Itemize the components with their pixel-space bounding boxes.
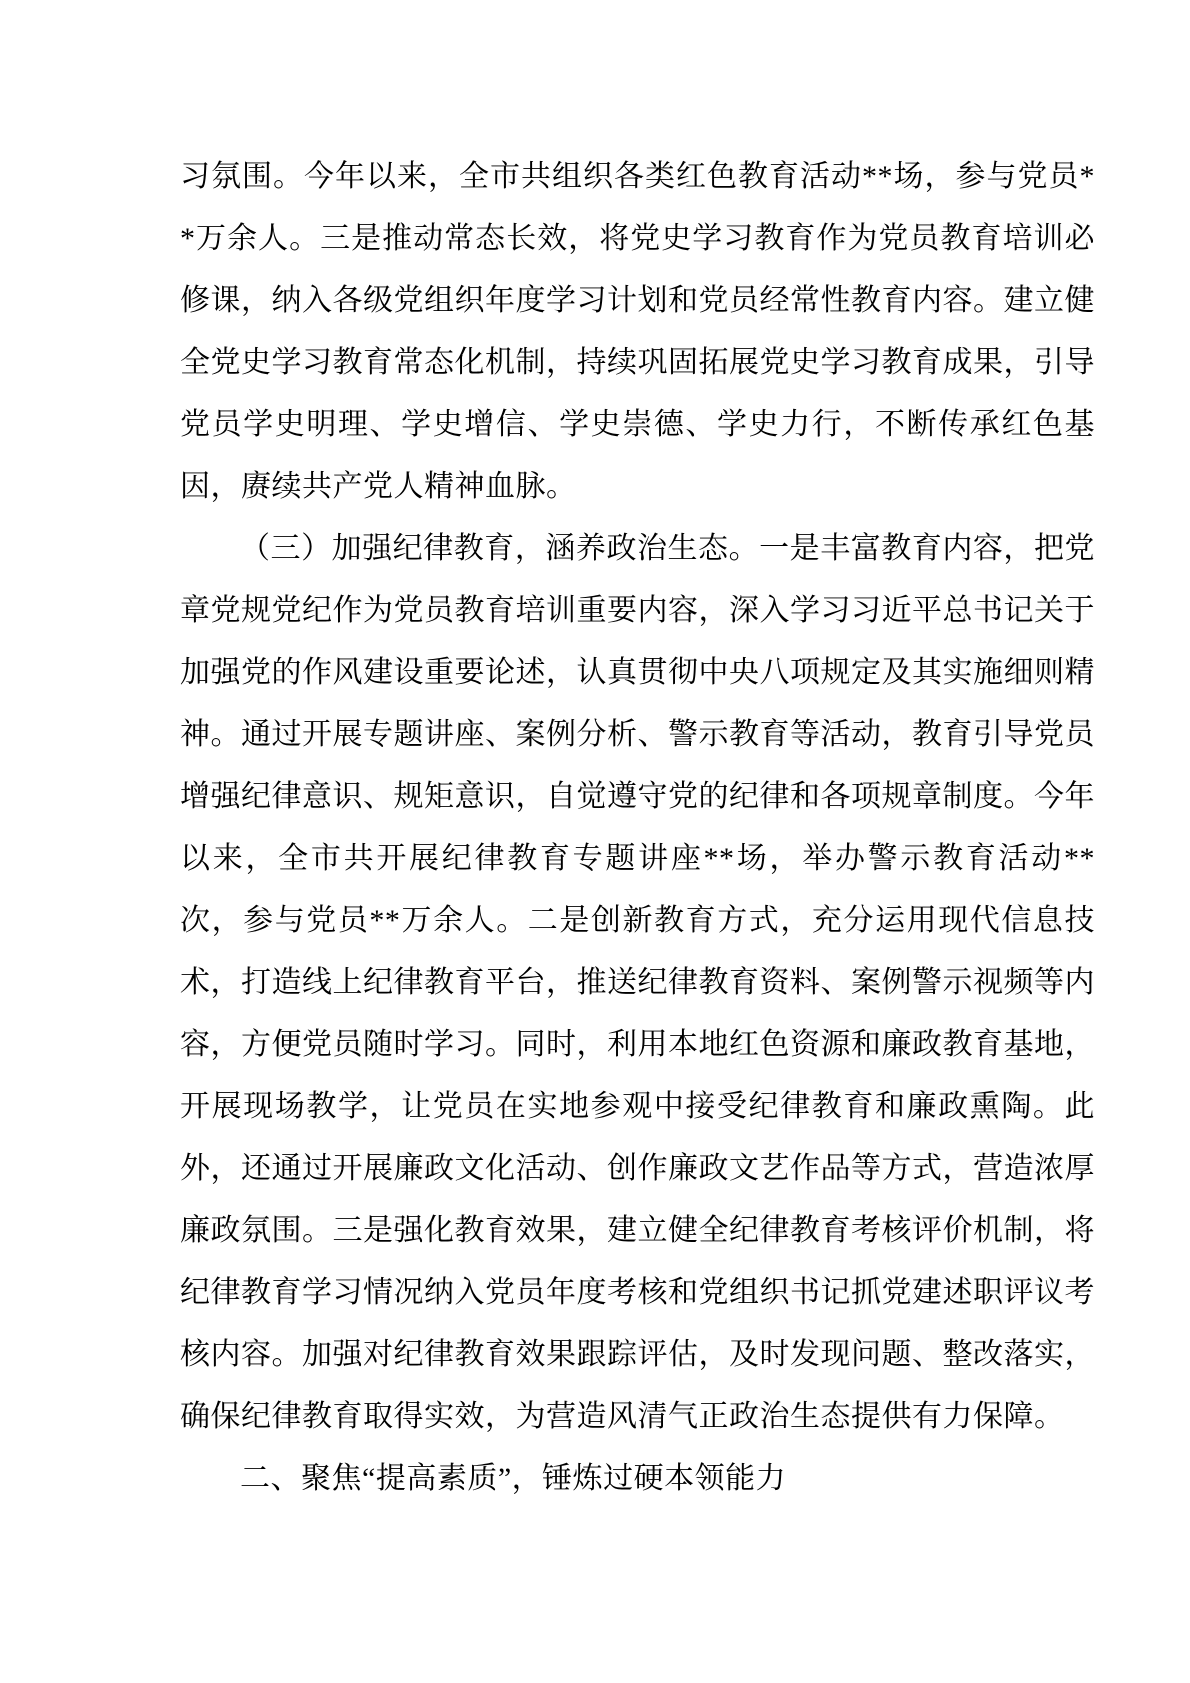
body-paragraph-continuation: 习氛围。今年以来，全市共组织各类红色教育活动**场，参与党员**万余人。三是推动… <box>180 146 1095 518</box>
section-heading: 二、聚焦“提高素质”，锤炼过硬本领能力 <box>180 1448 1095 1510</box>
body-paragraph-section-3: （三）加强纪律教育，涵养政治生态。一是丰富教育内容，把党章党规党纪作为党员教育培… <box>180 518 1095 1448</box>
document-text-block: 习氛围。今年以来，全市共组织各类红色教育活动**场，参与党员**万余人。三是推动… <box>180 146 1095 1510</box>
document-page: 习氛围。今年以来，全市共组织各类红色教育活动**场，参与党员**万余人。三是推动… <box>0 0 1190 1683</box>
